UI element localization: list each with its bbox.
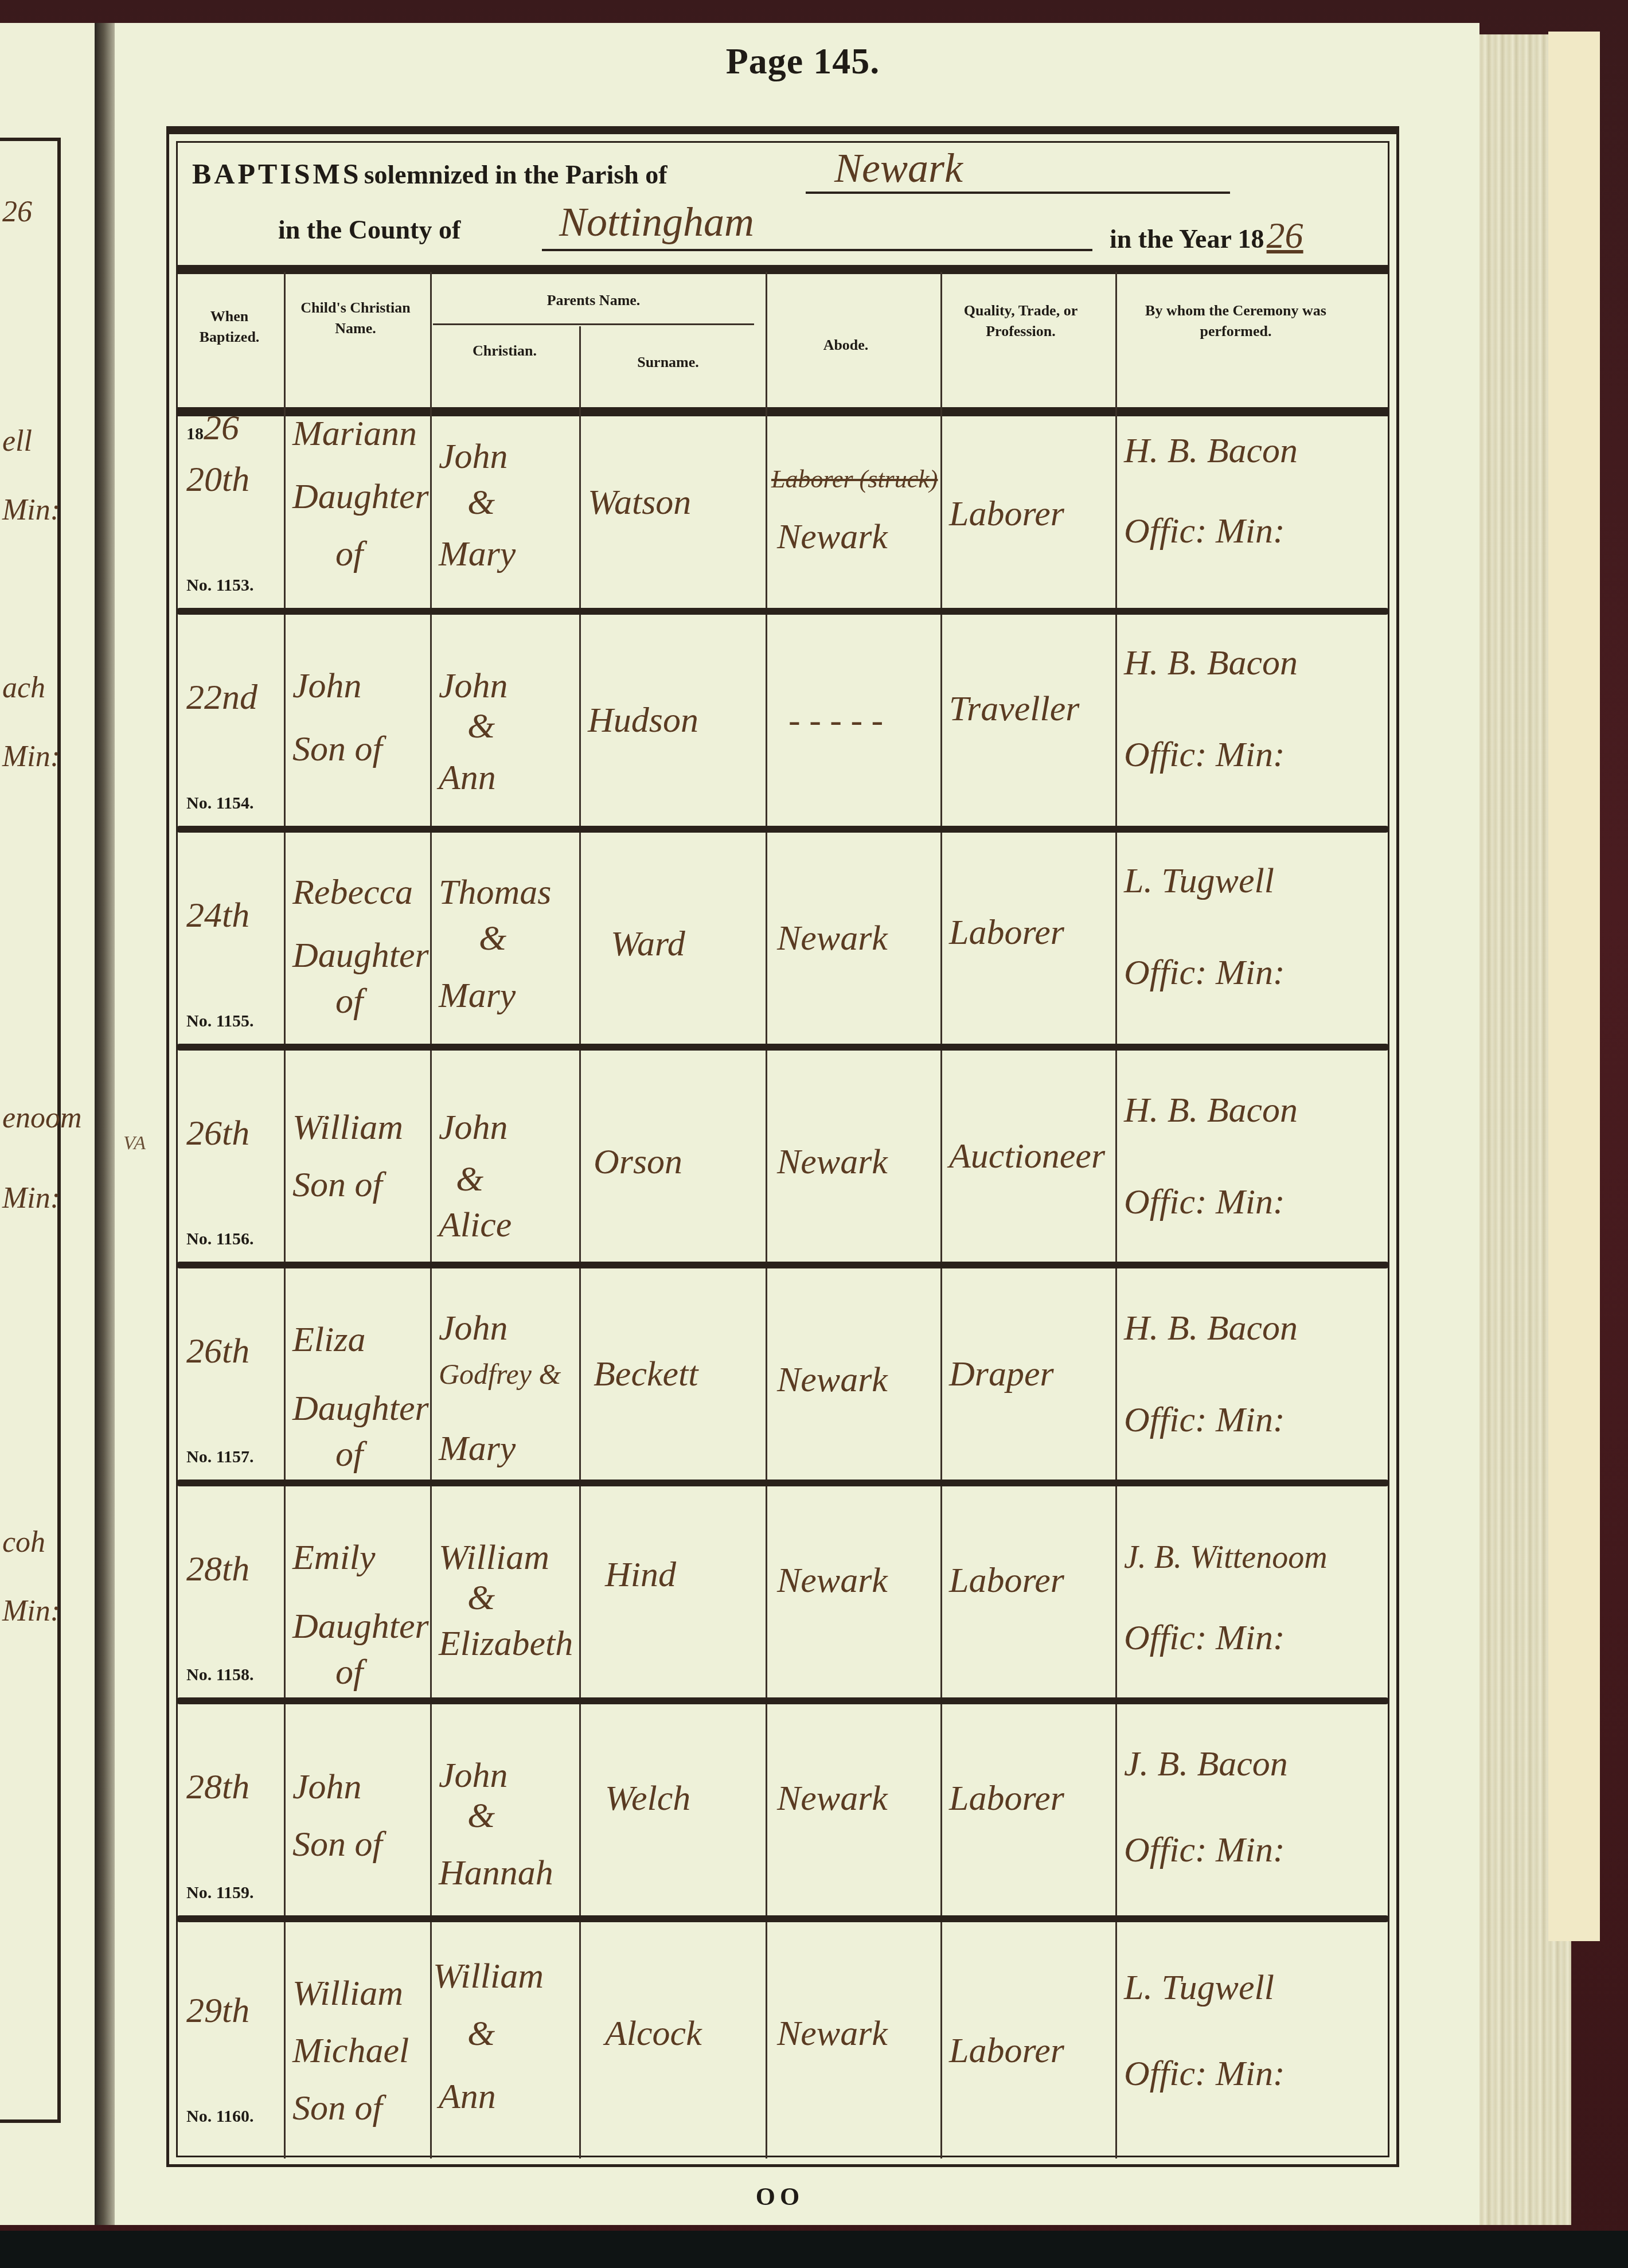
abode: Newark: [777, 513, 888, 561]
child-middle-name: Michael: [292, 2027, 409, 2075]
abode: Newark: [777, 1556, 888, 1605]
county-label: in the County of: [278, 215, 460, 244]
entry-date: 28th: [186, 1763, 249, 1811]
trade: Auctioneer: [949, 1132, 1105, 1180]
row-separator: [176, 1262, 1389, 1268]
parent-and: &: [467, 1574, 495, 1622]
header-line-1: BAPTISMS solemnized in the Parish of: [192, 157, 667, 190]
parent-surname: Watson: [588, 478, 691, 526]
abode: Newark: [777, 1774, 888, 1822]
parish-value: Newark: [834, 145, 963, 192]
child-name: William: [292, 1103, 403, 1151]
parent-surname: Orson: [594, 1138, 682, 1186]
column-divider: [940, 272, 942, 2158]
child-name: Rebecca: [292, 868, 413, 916]
parent-mother: Mary: [439, 530, 516, 578]
parent-father: John: [439, 432, 508, 481]
col-parents-surname: Surname.: [582, 352, 754, 373]
parent-and: &: [467, 702, 495, 750]
left-fragment: 26: [2, 195, 32, 229]
entry-date: 22nd: [186, 673, 257, 721]
trade: Traveller: [949, 685, 1079, 733]
child-name: John: [292, 1763, 362, 1811]
row-separator: [176, 826, 1389, 833]
row-separator: [176, 1044, 1389, 1051]
officiant: J. B. Bacon: [1124, 1740, 1288, 1788]
abode: - - - - -: [788, 696, 883, 744]
child-name: Eliza: [292, 1315, 365, 1364]
entry-number: No. 1156.: [186, 1229, 254, 1249]
child-relation: Daughter: [292, 473, 429, 521]
col-abode: Abode.: [760, 335, 932, 356]
officiant-title: Offic: Min:: [1124, 1178, 1285, 1226]
child-relation: Daughter: [292, 1602, 429, 1650]
entry-year: 1826: [186, 404, 239, 458]
left-fragment: Min:: [2, 493, 60, 527]
abode: Newark: [777, 1356, 888, 1404]
parish-label: solemnized in the Parish of: [364, 160, 667, 189]
entry-number: No. 1154.: [186, 794, 254, 813]
left-fragment: coh: [2, 1525, 45, 1559]
background: [0, 2231, 1628, 2268]
entry-number: No. 1155.: [186, 1012, 254, 1031]
officiant-title: Offic: Min:: [1124, 2050, 1285, 2098]
parent-surname: Beckett: [594, 1350, 698, 1398]
officiant: H. B. Bacon: [1124, 1086, 1298, 1134]
parent-mother: Mary: [439, 971, 516, 1020]
child-relation-of: of: [335, 1648, 363, 1696]
parent-father: John: [439, 1304, 508, 1352]
parent-mother: Elizabeth: [439, 1619, 573, 1668]
column-divider: [1115, 272, 1117, 2158]
child-relation: Son of: [292, 2084, 382, 2132]
entry-number: No. 1157.: [186, 1447, 254, 1467]
trade: Laborer: [949, 490, 1064, 538]
page-number: Page 145.: [688, 40, 918, 83]
officiant: J. B. Wittenoom: [1124, 1533, 1328, 1582]
row-separator: [176, 608, 1389, 615]
column-divider: [766, 272, 767, 2158]
col-by-whom: By whom the Ceremony was performed.: [1115, 300, 1356, 342]
officiant: H. B. Bacon: [1124, 427, 1298, 475]
entry-number: No. 1153.: [186, 576, 254, 595]
child-relation-of: of: [335, 530, 363, 578]
abode: Newark: [777, 2009, 888, 2058]
parent-and: &: [467, 2009, 495, 2058]
col-child-name: Child's Christian Name.: [290, 298, 421, 339]
parent-surname: Hudson: [588, 696, 698, 744]
parent-mother: Alice: [439, 1201, 512, 1249]
trade: Laborer: [949, 2027, 1064, 2075]
header-line-2: in the County of: [278, 214, 460, 245]
parent-father: Thomas: [439, 868, 551, 916]
entry-date: 26th: [186, 1327, 249, 1375]
left-fragment: enoom: [2, 1101, 82, 1135]
parent-and: &: [467, 1791, 495, 1840]
row-separator: [176, 1915, 1389, 1922]
child-relation-of: of: [335, 977, 363, 1025]
child-relation: Daughter: [292, 1384, 429, 1432]
parent-surname: Ward: [611, 920, 685, 968]
child-name: Mariann: [292, 409, 417, 458]
abode: Newark: [777, 1138, 888, 1186]
officiant: H. B. Bacon: [1124, 639, 1298, 687]
child-name: John: [292, 662, 362, 710]
child-name: William: [292, 1969, 403, 2017]
entry-date: 20th: [186, 455, 249, 503]
child-relation: Daughter: [292, 931, 429, 979]
abode-struck: Laborer (struck): [771, 455, 938, 503]
parent-and: &: [467, 478, 495, 526]
left-fragment: ell: [2, 424, 32, 458]
child-relation: Son of: [292, 1820, 382, 1868]
left-fragment: Min:: [2, 740, 60, 774]
year-label-wrap: in the Year 18 26: [1110, 214, 1303, 257]
left-fragment: Min:: [2, 1181, 60, 1215]
parent-mother: Ann: [439, 754, 496, 802]
left-fragment: ach: [2, 671, 45, 705]
parent-and: &: [479, 914, 506, 962]
county-value: Nottingham: [559, 198, 754, 246]
entry-date: 26th: [186, 1109, 249, 1157]
entry-number: No. 1158.: [186, 1665, 254, 1685]
entry-date: 29th: [186, 1986, 249, 2035]
col-parents-name: Parents Name.: [433, 290, 754, 311]
margin-note: VA: [123, 1133, 146, 1154]
child-relation: Son of: [292, 1161, 382, 1209]
signature-mark: OO: [723, 2182, 837, 2211]
officiant-title: Offic: Min:: [1124, 948, 1285, 997]
parent-surname: Hind: [605, 1551, 676, 1599]
year-label: in the Year 18: [1110, 224, 1264, 253]
column-divider: [430, 272, 432, 2158]
parent-mother: Ann: [439, 2072, 496, 2121]
entry-number: No. 1160.: [186, 2107, 254, 2126]
row-separator: [176, 1480, 1389, 1486]
baptisms-title: BAPTISMS: [192, 158, 362, 190]
officiant-title: Offic: Min:: [1124, 507, 1285, 555]
parent-father: William: [433, 1952, 544, 2000]
column-divider: [284, 272, 286, 2158]
year-value: 26: [1267, 215, 1303, 256]
officiant: H. B. Bacon: [1124, 1304, 1298, 1352]
parent-mother: Mary: [439, 1424, 516, 1473]
trade: Laborer: [949, 1556, 1064, 1605]
county-underline: [542, 249, 1092, 251]
abode: Newark: [777, 914, 888, 962]
parent-mother: Hannah: [439, 1849, 553, 1897]
column-divider: [579, 326, 581, 2158]
parents-divider: [433, 323, 754, 325]
col-parents-christian: Christian.: [433, 341, 576, 361]
col-quality-trade: Quality, Trade, or Profession.: [938, 300, 1104, 342]
officiant-title: Offic: Min:: [1124, 731, 1285, 779]
left-fragment: Min:: [2, 1594, 60, 1628]
trade: Draper: [949, 1350, 1054, 1398]
entry-number: No. 1159.: [186, 1883, 254, 1903]
parish-underline: [806, 192, 1230, 194]
row-separator: [176, 1697, 1389, 1704]
officiant: L. Tugwell: [1124, 857, 1274, 905]
officiant-title: Offic: Min:: [1124, 1396, 1285, 1444]
child-name: Emily: [292, 1533, 376, 1582]
entry-date: 24th: [186, 891, 249, 939]
baptism-register-form: BAPTISMS solemnized in the Parish of New…: [166, 126, 1399, 2167]
officiant-title: Offic: Min:: [1124, 1614, 1285, 1662]
col-when-baptized: When Baptized.: [181, 306, 278, 348]
trade: Laborer: [949, 908, 1064, 957]
book-gutter: [95, 23, 118, 2225]
parent-father-middle: Godfrey &: [439, 1350, 561, 1398]
child-relation-of: of: [335, 1430, 363, 1478]
parent-father: John: [439, 1103, 508, 1151]
left-facing-page: 26 ell Min: ach Min: enoom Min: coh Min:: [0, 23, 95, 2225]
officiant: L. Tugwell: [1124, 1963, 1274, 2012]
trade: Laborer: [949, 1774, 1064, 1822]
child-relation: Son of: [292, 725, 382, 773]
officiant-title: Offic: Min:: [1124, 1826, 1285, 1874]
parent-surname: Welch: [605, 1774, 690, 1822]
page-edge-flap: [1548, 32, 1600, 1941]
parent-and: &: [456, 1155, 483, 1203]
parent-surname: Alcock: [605, 2009, 702, 2058]
entry-date: 28th: [186, 1545, 249, 1593]
